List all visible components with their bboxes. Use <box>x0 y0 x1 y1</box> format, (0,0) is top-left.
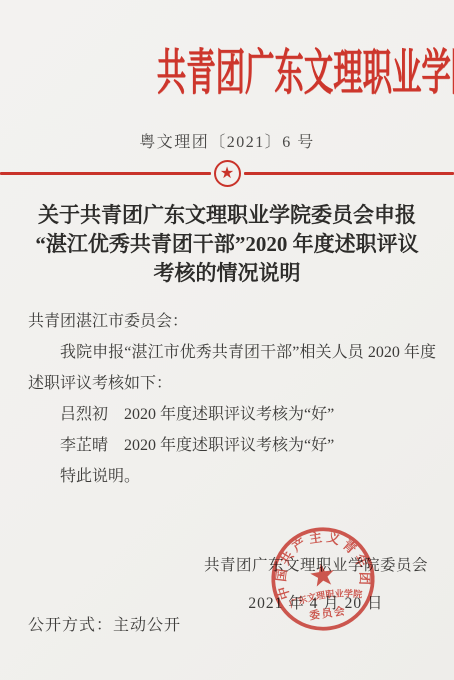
person-name: 吕烈初 <box>60 406 108 423</box>
document-title: 关于共青团广东文理职业学院委员会申报 “湛江优秀共青团干部”2020 年度述职评… <box>20 201 434 288</box>
title-line-2: “湛江优秀共青团干部”2020 年度述职评议 <box>20 230 434 259</box>
closing-line: 特此说明。 <box>28 461 436 492</box>
person-name: 李芷晴 <box>60 437 108 454</box>
assessment-result: 2020 年度述职评议考核为“好” <box>108 437 334 454</box>
title-line-1: 关于共青团广东文理职业学院委员会申报 <box>20 201 434 230</box>
body-paragraph: 我院申报“湛江市优秀共青团干部”相关人员 2020 年度述职评议考核如下： <box>28 337 436 399</box>
assessment-item: 吕烈初2020 年度述职评议考核为“好” <box>28 399 436 430</box>
red-divider: ★ <box>0 158 454 188</box>
assessment-item: 李芷晴2020 年度述职评议考核为“好” <box>28 430 436 461</box>
divider-line-right <box>244 172 454 175</box>
document-page: 共青团广东文理职业学院委员会文件 粤文理团〔2021〕6 号 ★ 关于共青团广东… <box>0 0 454 680</box>
document-body: 共青团湛江市委员会： 我院申报“湛江市优秀共青团干部”相关人员 2020 年度述… <box>28 306 436 492</box>
signature-block: 共青团广东文理职业学院委员会 2021 年 4 月 20 日 <box>198 553 434 613</box>
signature-org: 共青团广东文理职业学院委员会 <box>198 553 434 575</box>
divider-line-left <box>0 172 211 175</box>
letterhead: 共青团广东文理职业学院委员会文件 <box>0 34 454 104</box>
letterhead-title: 共青团广东文理职业学院委员会文件 <box>157 34 454 104</box>
assessment-result: 2020 年度述职评议考核为“好” <box>108 406 334 423</box>
document-number: 粤文理团〔2021〕6 号 <box>0 129 454 152</box>
signature-date: 2021 年 4 月 20 日 <box>198 591 434 613</box>
salutation: 共青团湛江市委员会： <box>28 306 436 337</box>
disclosure-line: 公开方式：主动公开 <box>28 612 181 635</box>
title-line-3: 考核的情况说明 <box>20 259 434 288</box>
star-badge: ★ <box>214 160 241 187</box>
star-icon: ★ <box>220 165 234 181</box>
